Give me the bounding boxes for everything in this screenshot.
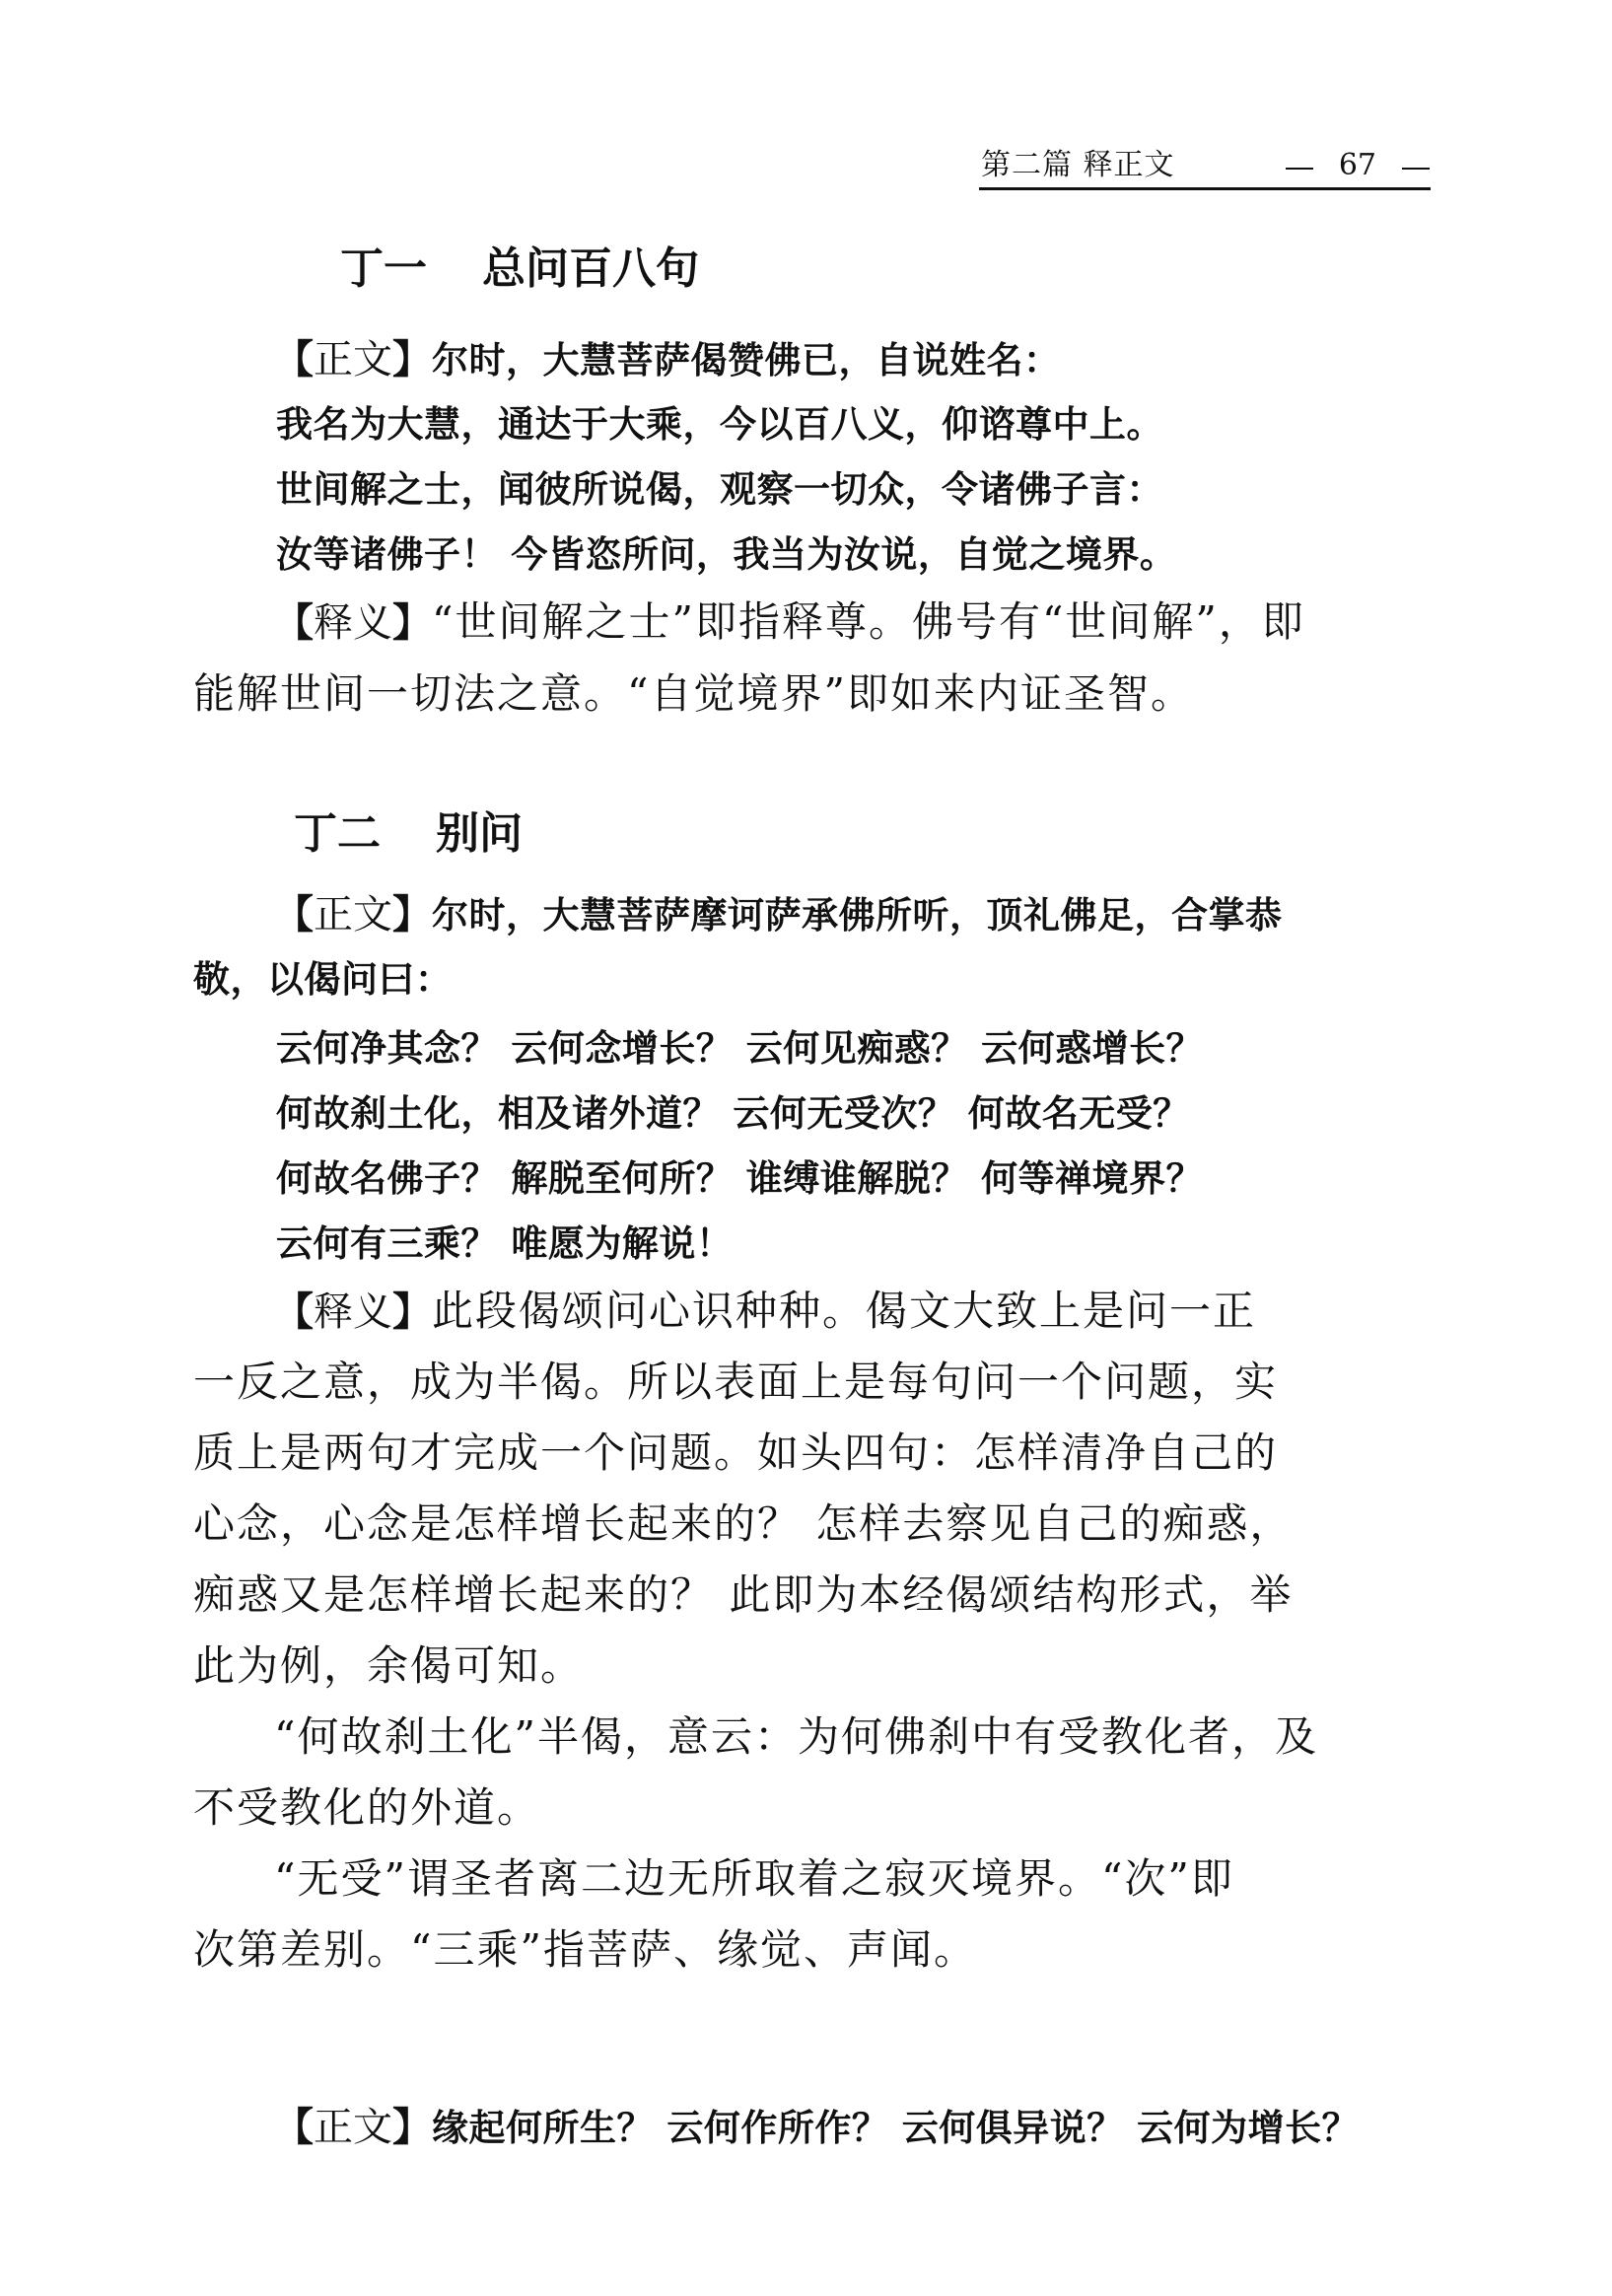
zhengwen-tag: 【正文】	[274, 892, 432, 938]
verse-line: 云何有三乘？ 唯愿为解说！	[276, 1217, 733, 1272]
commentary-line: 次第差别。“三乘”指菩萨、缘觉、声闻。	[193, 1922, 977, 1978]
header-rule	[979, 187, 1431, 190]
verse-line: 我名为大慧，通达于大乘，今以百八义，仰谘尊中上。	[276, 397, 1163, 452]
section-number: 丁二	[294, 806, 381, 862]
commentary-line: 质上是两句才完成一个问题。如头四句：怎样清净自己的	[193, 1426, 1278, 1481]
verse-line: 汝等诸佛子！ 今皆恣所问，我当为汝说，自觉之境界。	[276, 527, 1176, 583]
commentary-line: “何故刹土化”半偈，意云：为何佛刹中有受教化者，及	[274, 1709, 1318, 1765]
verse-line: 世间解之士，闻彼所说偈，观察一切众，令诸佛子言：	[276, 462, 1163, 518]
section-number: 丁一	[340, 242, 427, 297]
dash-left	[1286, 168, 1313, 170]
shiyi-line: 【释义】此段偈颂问心识种种。偈文大致上是问一正	[274, 1284, 1256, 1340]
shiyi-tag: 【释义】	[274, 600, 432, 646]
zhengwen-line: 【正文】缘起何所生？ 云何作所作？ 云何俱异说？ 云何为增长？	[274, 2100, 1359, 2156]
verse-line: 何故名佛子？ 解脱至何所？ 谁缚谁解脱？ 何等禅境界？	[276, 1151, 1203, 1207]
page-number: 67	[1339, 148, 1376, 183]
commentary-line: 此为例，余偈可知。	[193, 1638, 584, 1694]
section-title: 总问百八句	[482, 244, 699, 294]
zhengwen-tag: 【正文】	[274, 337, 432, 383]
section-title: 别问	[436, 808, 523, 859]
section-heading: 丁一总问百八句	[340, 242, 699, 297]
book-page: 第二篇 释正文 67 丁一总问百八句 【正文】尔时，大慧菩萨偈赞佛已，自说姓名：…	[0, 0, 1612, 2296]
commentary-line: 不受教化的外道。	[193, 1780, 540, 1836]
verse-line: 云何净其念？ 云何念增长？ 云何见痴惑？ 云何惑增长？	[276, 1021, 1203, 1077]
commentary-line: 心念，心念是怎样增长起来的？ 怎样去察见自己的痴惑，	[193, 1496, 1293, 1552]
page-number-block: 67	[1286, 148, 1430, 183]
chapter-title: 第二篇 释正文	[981, 148, 1175, 183]
shiyi-tag: 【释义】	[274, 1289, 432, 1335]
shiyi-line: 【释义】“世间解之士”即指释尊。佛号有“世间解”，即	[274, 594, 1305, 651]
zhengwen-line: 【正文】尔时，大慧菩萨摩诃萨承佛所听，顶礼佛足，合掌恭	[274, 887, 1283, 943]
section-heading: 丁二别问	[294, 806, 523, 862]
running-header: 第二篇 释正文 67	[981, 140, 1430, 183]
commentary-line: 能解世间一切法之意。“自觉境界”即如来内证圣智。	[193, 666, 1194, 722]
commentary-line: 痴惑又是怎样增长起来的？ 此即为本经偈颂结构形式，举	[193, 1567, 1293, 1623]
verse-line: 何故刹土化，相及诸外道？ 云何无受次？ 何故名无受？	[276, 1086, 1190, 1142]
commentary-line: 一反之意，成为半偈。所以表面上是每句问一个问题，实	[193, 1355, 1278, 1410]
dash-right	[1402, 168, 1430, 170]
commentary-line: “无受”谓圣者离二边无所取着之寂灭境界。“次”即	[274, 1851, 1234, 1907]
zhengwen-line: 【正文】尔时，大慧菩萨偈赞佛已，自说姓名：	[274, 332, 1061, 388]
zhengwen-tag: 【正文】	[274, 2105, 432, 2150]
sutra-line: 敬，以偈问曰：	[193, 952, 453, 1008]
